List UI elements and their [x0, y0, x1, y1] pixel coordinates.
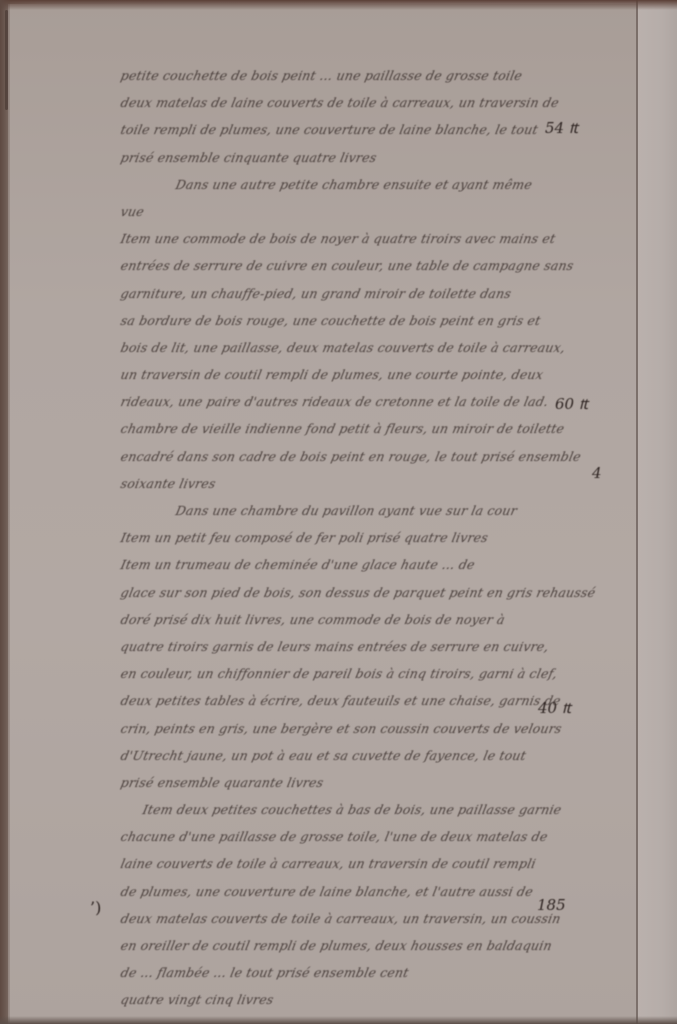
text-line: prisé ensemble quarante livres: [118, 769, 654, 796]
text-line: Item un trumeau de cheminée d'une glace …: [118, 551, 654, 578]
text-line: de plumes, une couverture de laine blanc…: [118, 878, 654, 905]
section-heading-line: Dans une autre petite chambre ensuite et…: [118, 171, 654, 198]
text-line: d'Utrecht jaune, un pot à eau et sa cuve…: [118, 742, 654, 769]
amount-entry-6: 185: [537, 896, 566, 914]
amount-entry-1: 54 ₶: [545, 118, 578, 138]
manuscript-photo: petite couchette de bois peint ... une p…: [0, 0, 677, 1024]
text-line: chambre de vieille indienne fond petit à…: [118, 415, 654, 442]
text-line: doré prisé dix huit livres, une commode …: [118, 606, 654, 633]
bottom-shadow: [0, 1016, 677, 1024]
text-line: bois de lit, une paillasse, deux matelas…: [118, 334, 654, 361]
amount-entry-5: 40 ₶: [538, 698, 571, 718]
amount-entry-3: 60 ₶: [555, 394, 588, 414]
amount-entry-4: 4: [592, 464, 602, 482]
text-line: Item un petit feu composé de fer poli pr…: [118, 524, 654, 551]
text-line: deux matelas couverts de toile à carreau…: [118, 905, 654, 932]
text-line: Item deux petites couchettes à bas de bo…: [118, 796, 654, 823]
left-binding-edge: [0, 0, 10, 1024]
text-line: soixante livres: [118, 470, 654, 497]
text-line: deux petites tables à écrire, deux faute…: [118, 687, 654, 714]
text-line: en couleur, un chiffonnier de pareil boi…: [118, 660, 654, 687]
text-line: deux matelas de laine couverts de toile …: [118, 89, 654, 116]
text-line: encadré dans son cadre de bois peint en …: [118, 443, 654, 470]
text-line: prisé ensemble cinquante quatre livres: [118, 144, 654, 171]
text-line: quatre vingt cinq livres: [118, 986, 654, 1013]
text-line: quatre tiroirs garnis de leurs mains ent…: [118, 633, 654, 660]
text-line: sa bordure de bois rouge, une couchette …: [118, 307, 654, 334]
text-line: glace sur son pied de bois, son dessus d…: [118, 579, 654, 606]
top-shadow: [0, 0, 677, 10]
text-line: garniture, un chauffe-pied, un grand mir…: [118, 280, 654, 307]
text-line: crin, peints en gris, une bergère et son…: [118, 715, 654, 742]
section-heading-line: Dans une chambre du pavillon ayant vue s…: [118, 497, 654, 524]
text-line: entrées de serrure de cuivre en couleur,…: [118, 252, 654, 279]
text-line: en oreiller de coutil rempli de plumes, …: [118, 932, 654, 959]
text-line: Item une commode de bois de noyer à quat…: [118, 225, 654, 252]
margin-mark: ’): [90, 898, 101, 917]
text-line: petite couchette de bois peint ... une p…: [118, 62, 654, 89]
text-line: vue: [118, 198, 654, 225]
text-line: laine couverts de toile à carreaux, un t…: [118, 850, 654, 877]
left-edge-tear: [5, 10, 8, 110]
text-line: un traversin de coutil rempli de plumes,…: [118, 361, 654, 388]
handwritten-text: petite couchette de bois peint ... une p…: [118, 62, 648, 1014]
text-line: chacune d'une paillasse de grosse toile,…: [118, 823, 654, 850]
text-line: de ... flambée ... le tout prisé ensembl…: [118, 959, 654, 986]
